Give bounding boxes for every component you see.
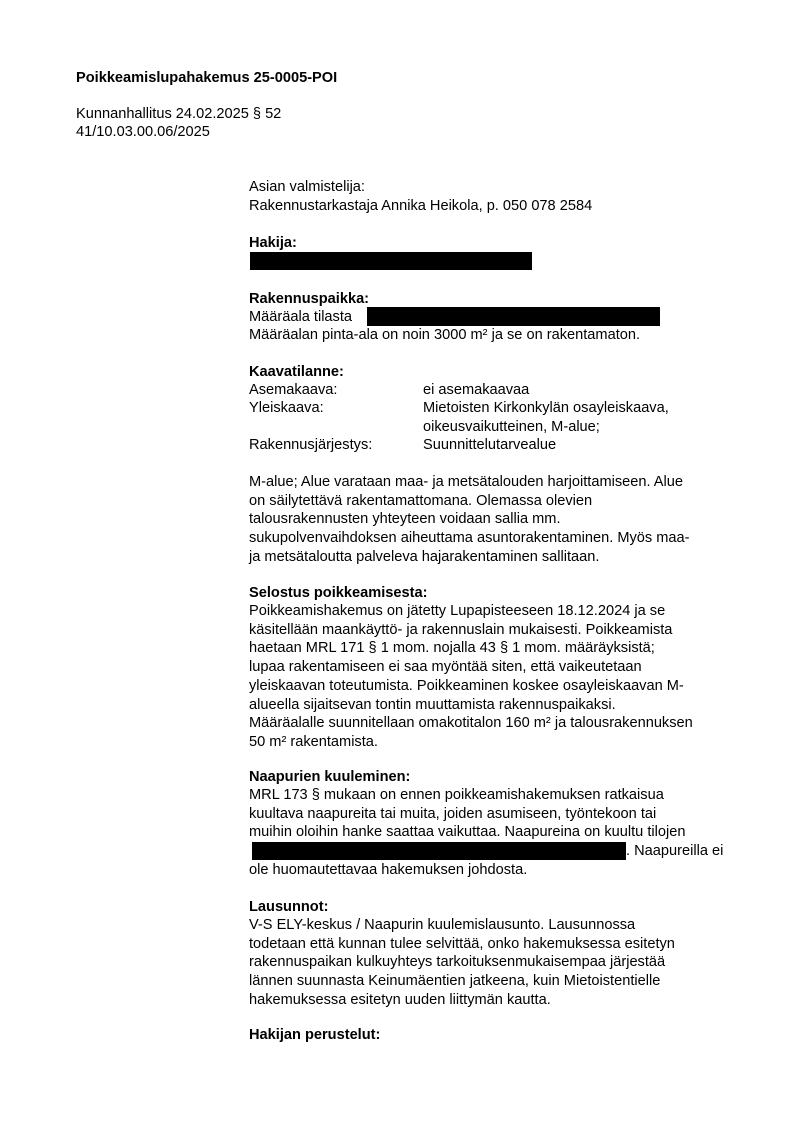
paragraph-line: muihin oloihin hanke saattaa vaikuttaa. … [249,823,739,842]
exception-paragraph: Poikkeamishakemus on jätetty Lupapistees… [249,602,739,752]
paragraph-line: talousrakennusten yhteyteen voidaan sall… [249,510,739,529]
m-area-paragraph: M-alue; Alue varataan maa- ja metsätalou… [249,473,739,567]
building-site-line2: Määräalan pinta-ala on noin 3000 m² ja s… [249,326,640,344]
paragraph-line: kuultava naapureita tai muita, joiden as… [249,805,739,824]
paragraph-line: todetaan että kunnan tulee selvittää, on… [249,935,739,954]
property-redaction [367,307,660,326]
applicant-redaction [250,252,532,270]
paragraph-line: 50 m² rakentamista. [249,733,739,752]
applicant-grounds-heading: Hakijan perustelut: [249,1026,380,1044]
paragraph-line: Määräalalle suunnitellaan omakotitalon 1… [249,714,739,733]
statements-heading: Lausunnot: [249,898,328,916]
paragraph-line: lupaa rakentamiseen ei saa myöntää siten… [249,658,739,677]
paragraph-line: ja metsätaloutta palveleva hajarakentami… [249,548,739,567]
paragraph-line: V-S ELY-keskus / Naapurin kuulemislausun… [249,916,739,935]
preparer-value: Rakennustarkastaja Annika Heikola, p. 05… [249,197,592,215]
meeting-reference: Kunnanhallitus 24.02.2025 § 52 [76,105,281,123]
paragraph-line: alueella sijaitsevan tontin muuttamista … [249,696,739,715]
zoning-value: ei asemakaavaa [423,381,529,399]
paragraph-line: haetaan MRL 171 § 1 mom. nojalla 43 § 1 … [249,639,739,658]
building-site-heading: Rakennuspaikka: [249,290,369,308]
statements-paragraph: V-S ELY-keskus / Naapurin kuulemislausun… [249,916,739,1010]
zoning-label: Asemakaava: [249,381,337,399]
paragraph-line: Poikkeamishakemus on jätetty Lupapistees… [249,602,739,621]
neighbour-hearing-paragraph: MRL 173 § mukaan on ennen poikkeamishake… [249,786,739,842]
zoning-value: Suunnittelutarvealue [423,436,556,454]
paragraph-line: sukupolvenvaihdoksen aiheuttama asuntora… [249,529,739,548]
paragraph-line: rakennuspaikan kulkuyhteys tarkoituksenm… [249,953,739,972]
zoning-label: Yleiskaava: [249,399,324,417]
paragraph-line: hakemuksessa esitetyn uuden liittymän ka… [249,991,739,1010]
paragraph-line: lännen suunnasta Keinumäentien jatkeena,… [249,972,739,991]
document-title: Poikkeamislupahakemus 25-0005-POI [76,69,337,87]
zoning-heading: Kaavatilanne: [249,363,344,381]
paragraph-line: M-alue; Alue varataan maa- ja metsätalou… [249,473,739,492]
building-site-line1: Määräala tilasta [249,308,352,326]
paragraph-line: on säilytettävä rakentamattomana. Olemas… [249,492,739,511]
record-number: 41/10.03.00.06/2025 [76,123,210,141]
neighbour-hearing-heading: Naapurien kuuleminen: [249,768,410,786]
exception-heading: Selostus poikkeamisesta: [249,584,427,602]
preparer-label: Asian valmistelija: [249,178,365,196]
paragraph-line: MRL 173 § mukaan on ennen poikkeamishake… [249,786,739,805]
neighbour-hearing-last-line: ole huomautettavaa hakemuksen johdosta. [249,861,527,879]
neighbour-hearing-continuation: . Naapureilla ei [626,842,723,860]
zoning-value: oikeusvaikutteinen, M-alue; [423,418,600,436]
applicant-heading: Hakija: [249,234,297,252]
zoning-value: Mietoisten Kirkonkylän osayleiskaava, [423,399,669,417]
paragraph-line: käsitellään maankäyttö- ja rakennuslain … [249,621,739,640]
zoning-label: Rakennusjärjestys: [249,436,372,454]
neighbours-redaction [252,842,626,860]
paragraph-line: yleiskaavan toteutumista. Poikkeaminen k… [249,677,739,696]
